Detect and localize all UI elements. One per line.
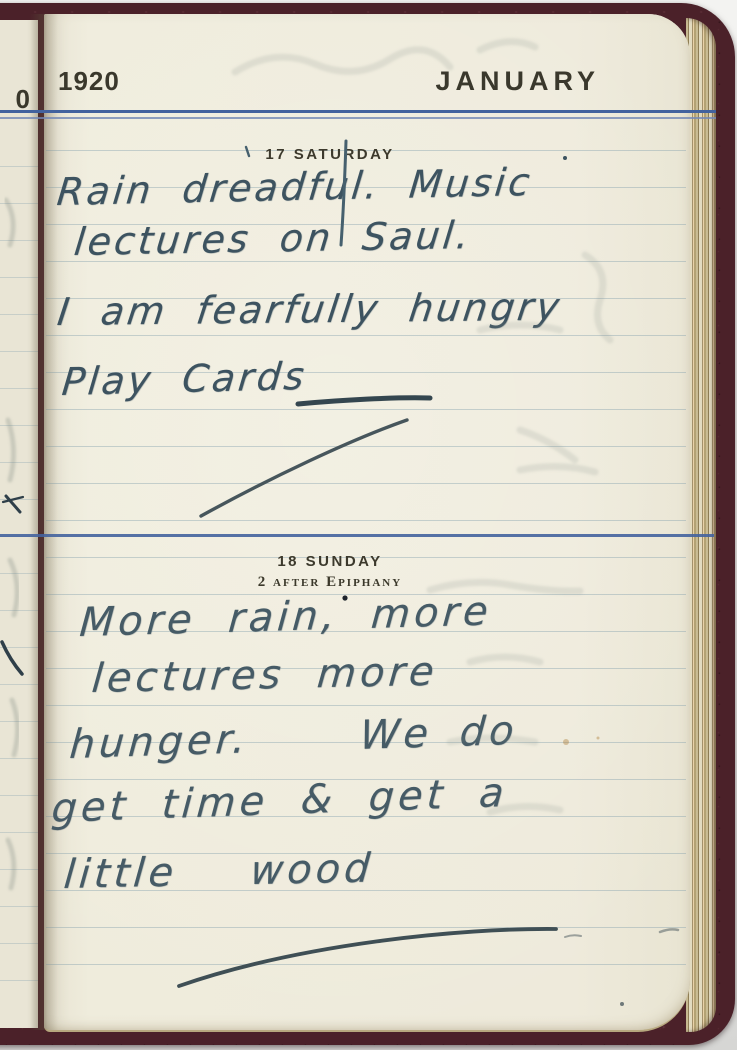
handwriting-line: Play Cards (60, 354, 309, 404)
page-month: JANUARY (400, 66, 600, 97)
entry-date-header-17-saturday: 17 SATURDAY (230, 146, 430, 163)
handwriting-line: little wood (62, 845, 376, 898)
handwriting-line: lectures more (90, 649, 440, 702)
entry-divider-rule (0, 534, 714, 537)
gutter-shadow (30, 14, 58, 1030)
page-edge-stack (686, 18, 716, 1032)
diary-scan: { "scan": { "left_page_year_fragment": "… (0, 0, 737, 1050)
header-rule-top (0, 110, 716, 113)
entry-date-header-18-sunday: 18 SUNDAY (230, 553, 430, 570)
handwriting-line: I am fearfully hungry (55, 285, 565, 334)
entry-liturgical-subheader: 2 after Epiphany (215, 574, 445, 591)
page-year: 1920 (58, 66, 120, 97)
header-rule-bottom (0, 117, 716, 119)
handwriting-line: lectures on Saul. (72, 213, 474, 264)
